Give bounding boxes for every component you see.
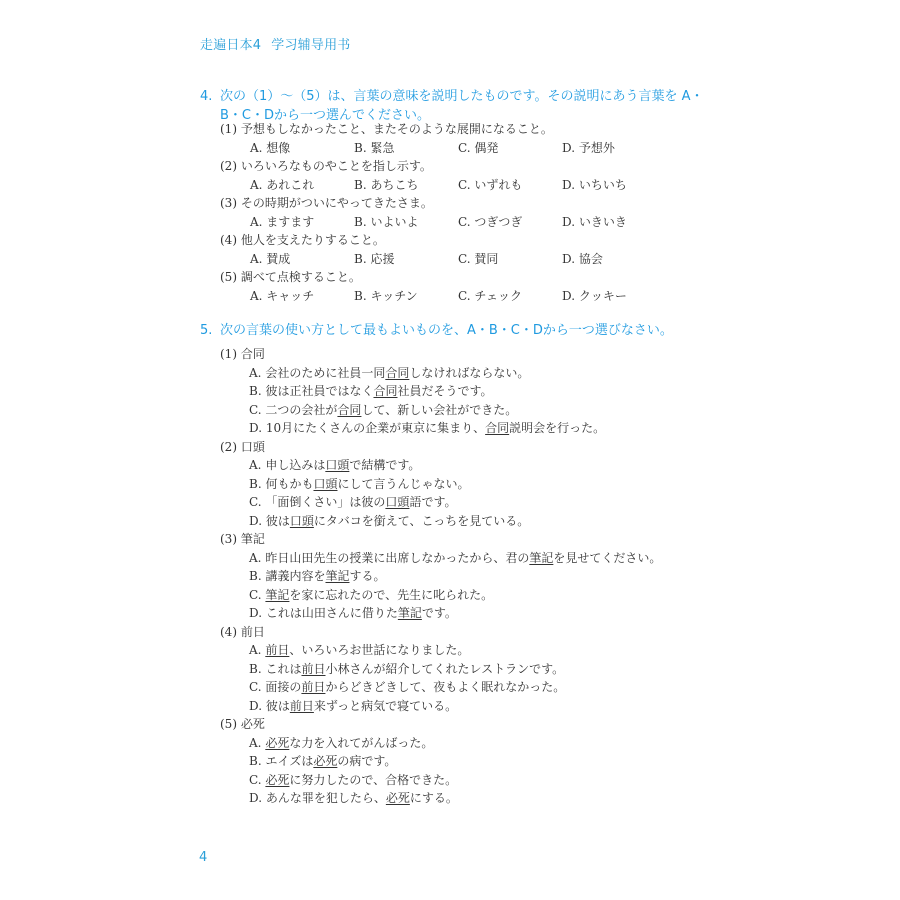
target-word: 必死 (265, 736, 289, 750)
item-label: (5) (220, 717, 237, 731)
option-letter: C. (249, 495, 262, 509)
question-number: 5. (200, 321, 220, 340)
question-number: 4. (200, 87, 220, 106)
sentence-option[interactable]: B. 講義内容を筆記する。 (249, 567, 386, 585)
option-letter: A. (249, 643, 261, 657)
answer-option[interactable]: A. 想像 (250, 139, 290, 157)
answer-option[interactable]: A. ますます (250, 213, 314, 231)
option-letter: D. (249, 606, 262, 620)
answer-option[interactable]: A. 賛成 (250, 250, 290, 268)
sentence-post: 来ずっと病気で寝ている。 (314, 699, 457, 713)
target-word: 口頭 (313, 477, 337, 491)
sentence-option[interactable]: A. 必死な力を入れてがんばった。 (249, 734, 433, 752)
answer-option[interactable]: B. キッチン (354, 287, 418, 305)
target-word: 筆記 (325, 569, 349, 583)
item-word: 筆記 (241, 532, 265, 546)
sentence-option[interactable]: B. これは前日小林さんが紹介してくれたレストランです。 (249, 660, 564, 678)
sentence-post: して、新しい会社ができた。 (361, 403, 517, 417)
answer-option[interactable]: B. いよいよ (354, 213, 418, 231)
sentence-post: にする。 (410, 791, 458, 805)
target-word: 前日 (301, 662, 325, 676)
option-letter: D. (249, 421, 262, 435)
target-word: 前日 (301, 680, 325, 694)
option-letter: A. (249, 366, 261, 380)
answer-option[interactable]: D. いきいき (562, 213, 627, 231)
target-word: 口頭 (290, 514, 314, 528)
question-5-item: (2) 口頭 (220, 438, 265, 456)
item-word: 合同 (241, 347, 265, 361)
target-word: 合同 (485, 421, 509, 435)
answer-option[interactable]: D. クッキー (562, 287, 627, 305)
sentence-post: にタバコを銜えて、こっちを見ている。 (314, 514, 529, 528)
sentence-post: で結構です。 (349, 458, 420, 472)
item-definition: その時期がついにやってきたさま。 (241, 196, 433, 210)
option-letter: C. (249, 403, 262, 417)
sentence-option[interactable]: D. 彼は口頭にタバコを銜えて、こっちを見ている。 (249, 512, 529, 530)
option-letter: B. (249, 569, 262, 583)
sentence-option[interactable]: C. 筆記を家に忘れたので、先生に叱られた。 (249, 586, 493, 604)
target-word: 必死 (313, 754, 337, 768)
sentence-option[interactable]: C. 「面倒くさい」は彼の口頭語です。 (249, 493, 456, 511)
sentence-option[interactable]: D. 10月にたくさんの企業が東京に集まり、合同説明会を行った。 (249, 419, 605, 437)
sentence-pre: 彼は正社員ではなく (265, 384, 373, 398)
answer-option[interactable]: B. 緊急 (354, 139, 394, 157)
sentence-post: にして言うんじゃない。 (338, 477, 470, 491)
item-definition: 予想もしなかったこと、またそのような展開になること。 (241, 122, 553, 136)
sentence-pre: 「面倒くさい」は彼の (265, 495, 385, 509)
answer-option[interactable]: D. 協会 (562, 250, 603, 268)
option-letter: B. (249, 384, 262, 398)
item-label: (2) (220, 159, 237, 173)
item-definition: 調べて点検すること。 (241, 270, 361, 284)
sentence-post: な力を入れてがんばった。 (289, 736, 433, 750)
option-letter: D. (249, 514, 262, 528)
answer-option[interactable]: B. 応援 (354, 250, 394, 268)
answer-option[interactable]: D. いちいち (562, 176, 627, 194)
target-word: 合同 (337, 403, 361, 417)
answer-option[interactable]: C. つぎつぎ (458, 213, 522, 231)
sentence-post: を見せてください。 (553, 551, 661, 565)
sentence-pre: 会社のために社員一同 (265, 366, 385, 380)
option-letter: B. (249, 754, 262, 768)
running-header: 走遍日本4学习辅导用书 (200, 34, 350, 53)
sentence-post: する。 (350, 569, 386, 583)
question-4-item: (5) 調べて点検すること。 (220, 268, 361, 286)
option-letter: C. (249, 773, 262, 787)
option-letter: D. (249, 791, 262, 805)
page-number: 4 (199, 850, 207, 865)
answer-option[interactable]: C. いずれも (458, 176, 522, 194)
answer-option[interactable]: C. 偶発 (458, 139, 498, 157)
item-label: (3) (220, 532, 237, 546)
sentence-option[interactable]: A. 昨日山田先生の授業に出席しなかったから、君の筆記を見せてください。 (249, 549, 661, 567)
item-label: (3) (220, 196, 237, 210)
sentence-option[interactable]: D. 彼は前日来ずっと病気で寝ている。 (249, 697, 457, 715)
target-word: 前日 (290, 699, 314, 713)
sentence-pre: 講義内容を (265, 569, 325, 583)
item-label: (2) (220, 440, 237, 454)
question-4-item: (1) 予想もしなかったこと、またそのような展開になること。 (220, 120, 553, 138)
sentence-pre: 何もかも (265, 477, 313, 491)
sentence-post: 社員だそうです。 (398, 384, 493, 398)
item-label: (4) (220, 233, 237, 247)
answer-option[interactable]: A. あれこれ (250, 176, 314, 194)
item-word: 前日 (241, 625, 265, 639)
target-word: 筆記 (529, 551, 553, 565)
book-subtitle: 学习辅导用书 (271, 38, 350, 53)
sentence-option[interactable]: A. 会社のために社員一同合同しなければならない。 (249, 364, 529, 382)
target-word: 筆記 (265, 588, 289, 602)
target-word: 口頭 (325, 458, 349, 472)
sentence-pre: これは (265, 662, 301, 676)
answer-option[interactable]: C. 賛同 (458, 250, 498, 268)
item-label: (4) (220, 625, 237, 639)
item-label: (5) (220, 270, 237, 284)
item-definition: 他人を支えたりすること。 (241, 233, 385, 247)
target-word: 合同 (373, 384, 397, 398)
sentence-post: 小林さんが紹介してくれたレストランです。 (326, 662, 565, 676)
target-word: 筆記 (398, 606, 422, 620)
sentence-option[interactable]: D. これは山田さんに借りた筆記です。 (249, 604, 457, 622)
item-label: (1) (220, 347, 237, 361)
question-5-item: (3) 筆記 (220, 530, 265, 548)
answer-option[interactable]: C. チェック (458, 287, 522, 305)
question-4-item: (4) 他人を支えたりすること。 (220, 231, 385, 249)
answer-option[interactable]: D. 予想外 (562, 139, 615, 157)
option-letter: B. (249, 477, 262, 491)
option-letter: A. (249, 458, 261, 472)
question-4-item: (3) その時期がついにやってきたさま。 (220, 194, 433, 212)
target-word: 口頭 (385, 495, 409, 509)
sentence-post: しなければならない。 (409, 366, 529, 380)
sentence-pre: エイズは (265, 754, 313, 768)
sentence-option[interactable]: B. エイズは必死の病です。 (249, 752, 396, 770)
sentence-pre: 面接の (265, 680, 301, 694)
sentence-post: に努力したので、合格できた。 (289, 773, 457, 787)
target-word: 前日 (265, 643, 289, 657)
item-label: (1) (220, 122, 237, 136)
option-letter: B. (249, 662, 262, 676)
sentence-option[interactable]: C. 必死に努力したので、合格できた。 (249, 771, 457, 789)
question-5-item: (5) 必死 (220, 715, 265, 733)
book-title: 走遍日本4 (200, 38, 261, 53)
sentence-pre: 昨日山田先生の授業に出席しなかったから、君の (265, 551, 529, 565)
sentence-option[interactable]: B. 何もかも口頭にして言うんじゃない。 (249, 475, 470, 493)
question-5-item: (4) 前日 (220, 623, 265, 641)
sentence-option[interactable]: C. 面接の前日からどきどきして、夜もよく眠れなかった。 (249, 678, 565, 696)
option-letter: A. (249, 736, 261, 750)
answer-option[interactable]: A. キャッチ (250, 287, 314, 305)
sentence-post: 語です。 (409, 495, 456, 509)
item-word: 口頭 (241, 440, 265, 454)
item-definition: いろいろなものやことを指し示す。 (241, 159, 432, 173)
sentence-pre: 申し込みは (265, 458, 325, 472)
sentence-post: の病です。 (337, 754, 396, 768)
option-letter: C. (249, 588, 262, 602)
question-4-item: (2) いろいろなものやことを指し示す。 (220, 157, 432, 175)
sentence-pre: あんな罪を犯したら、 (266, 791, 386, 805)
question-5-instruction: 5.次の言葉の使い方として最もよいものを、A・B・C・Dから一つ選びなさい。 (200, 321, 673, 340)
sentence-option[interactable]: C. 二つの会社が合同して、新しい会社ができた。 (249, 401, 517, 419)
target-word: 必死 (386, 791, 410, 805)
item-word: 必死 (241, 717, 265, 731)
option-letter: D. (249, 699, 262, 713)
option-letter: A. (249, 551, 261, 565)
sentence-pre: これは山田さんに借りた (266, 606, 398, 620)
sentence-pre: 彼は (266, 699, 290, 713)
sentence-option[interactable]: A. 申し込みは口頭で結構です。 (249, 456, 420, 474)
target-word: 合同 (385, 366, 409, 380)
sentence-pre: 10月にたくさんの企業が東京に集まり、 (266, 421, 485, 435)
target-word: 必死 (265, 773, 289, 787)
answer-option[interactable]: B. あちこち (354, 176, 418, 194)
sentence-post: を家に忘れたので、先生に叱られた。 (289, 588, 493, 602)
question-5-item: (1) 合同 (220, 345, 265, 363)
sentence-option[interactable]: B. 彼は正社員ではなく合同社員だそうです。 (249, 382, 493, 400)
sentence-post: です。 (422, 606, 457, 620)
sentence-post: からどきどきして、夜もよく眠れなかった。 (325, 680, 565, 694)
sentence-post: 説明会を行った。 (509, 421, 605, 435)
sentence-option[interactable]: A. 前日、いろいろお世話になりました。 (249, 641, 469, 659)
option-letter: C. (249, 680, 262, 694)
sentence-post: 、いろいろお世話になりました。 (289, 643, 469, 657)
sentence-option[interactable]: D. あんな罪を犯したら、必死にする。 (249, 789, 458, 807)
sentence-pre: 二つの会社が (265, 403, 337, 417)
sentence-pre: 彼は (266, 514, 290, 528)
